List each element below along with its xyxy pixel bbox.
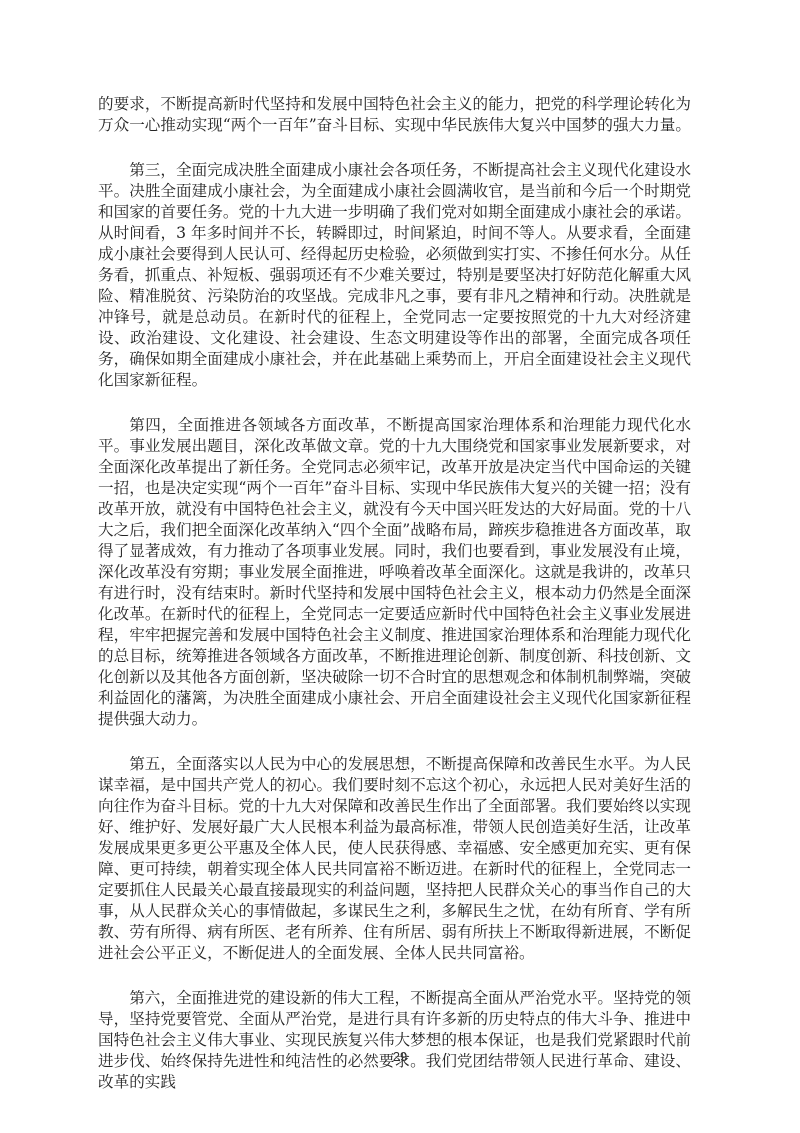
page-body-text: 的要求，不断提高新时代坚持和发展中国特色社会主义的能力，把党的科学理论转化为万众… (98, 94, 691, 1117)
paragraph: 的要求，不断提高新时代坚持和发展中国特色社会主义的能力，把党的科学理论转化为万众… (98, 94, 691, 136)
paragraph: 第三，全面完成决胜全面建成小康社会各项任务，不断提高社会主义现代化建设水平。决胜… (98, 160, 691, 391)
document-page: 的要求，不断提高新时代坚持和发展中国特色社会主义的能力，把党的科学理论转化为万众… (0, 0, 800, 1133)
page-number: 29 (393, 1049, 407, 1064)
page-footer: 29 (0, 1048, 800, 1066)
paragraph: 第六，全面推进党的建设新的伟大工程，不断提高全面从严治党水平。坚持党的领导，坚持… (98, 988, 691, 1093)
paragraph: 第四，全面推进各领域各方面改革，不断提高国家治理体系和治理能力现代化水平。事业发… (98, 415, 691, 730)
paragraph: 第五，全面落实以人民为中心的发展思想，不断提高保障和改善民生水平。为人民谋幸福，… (98, 754, 691, 964)
